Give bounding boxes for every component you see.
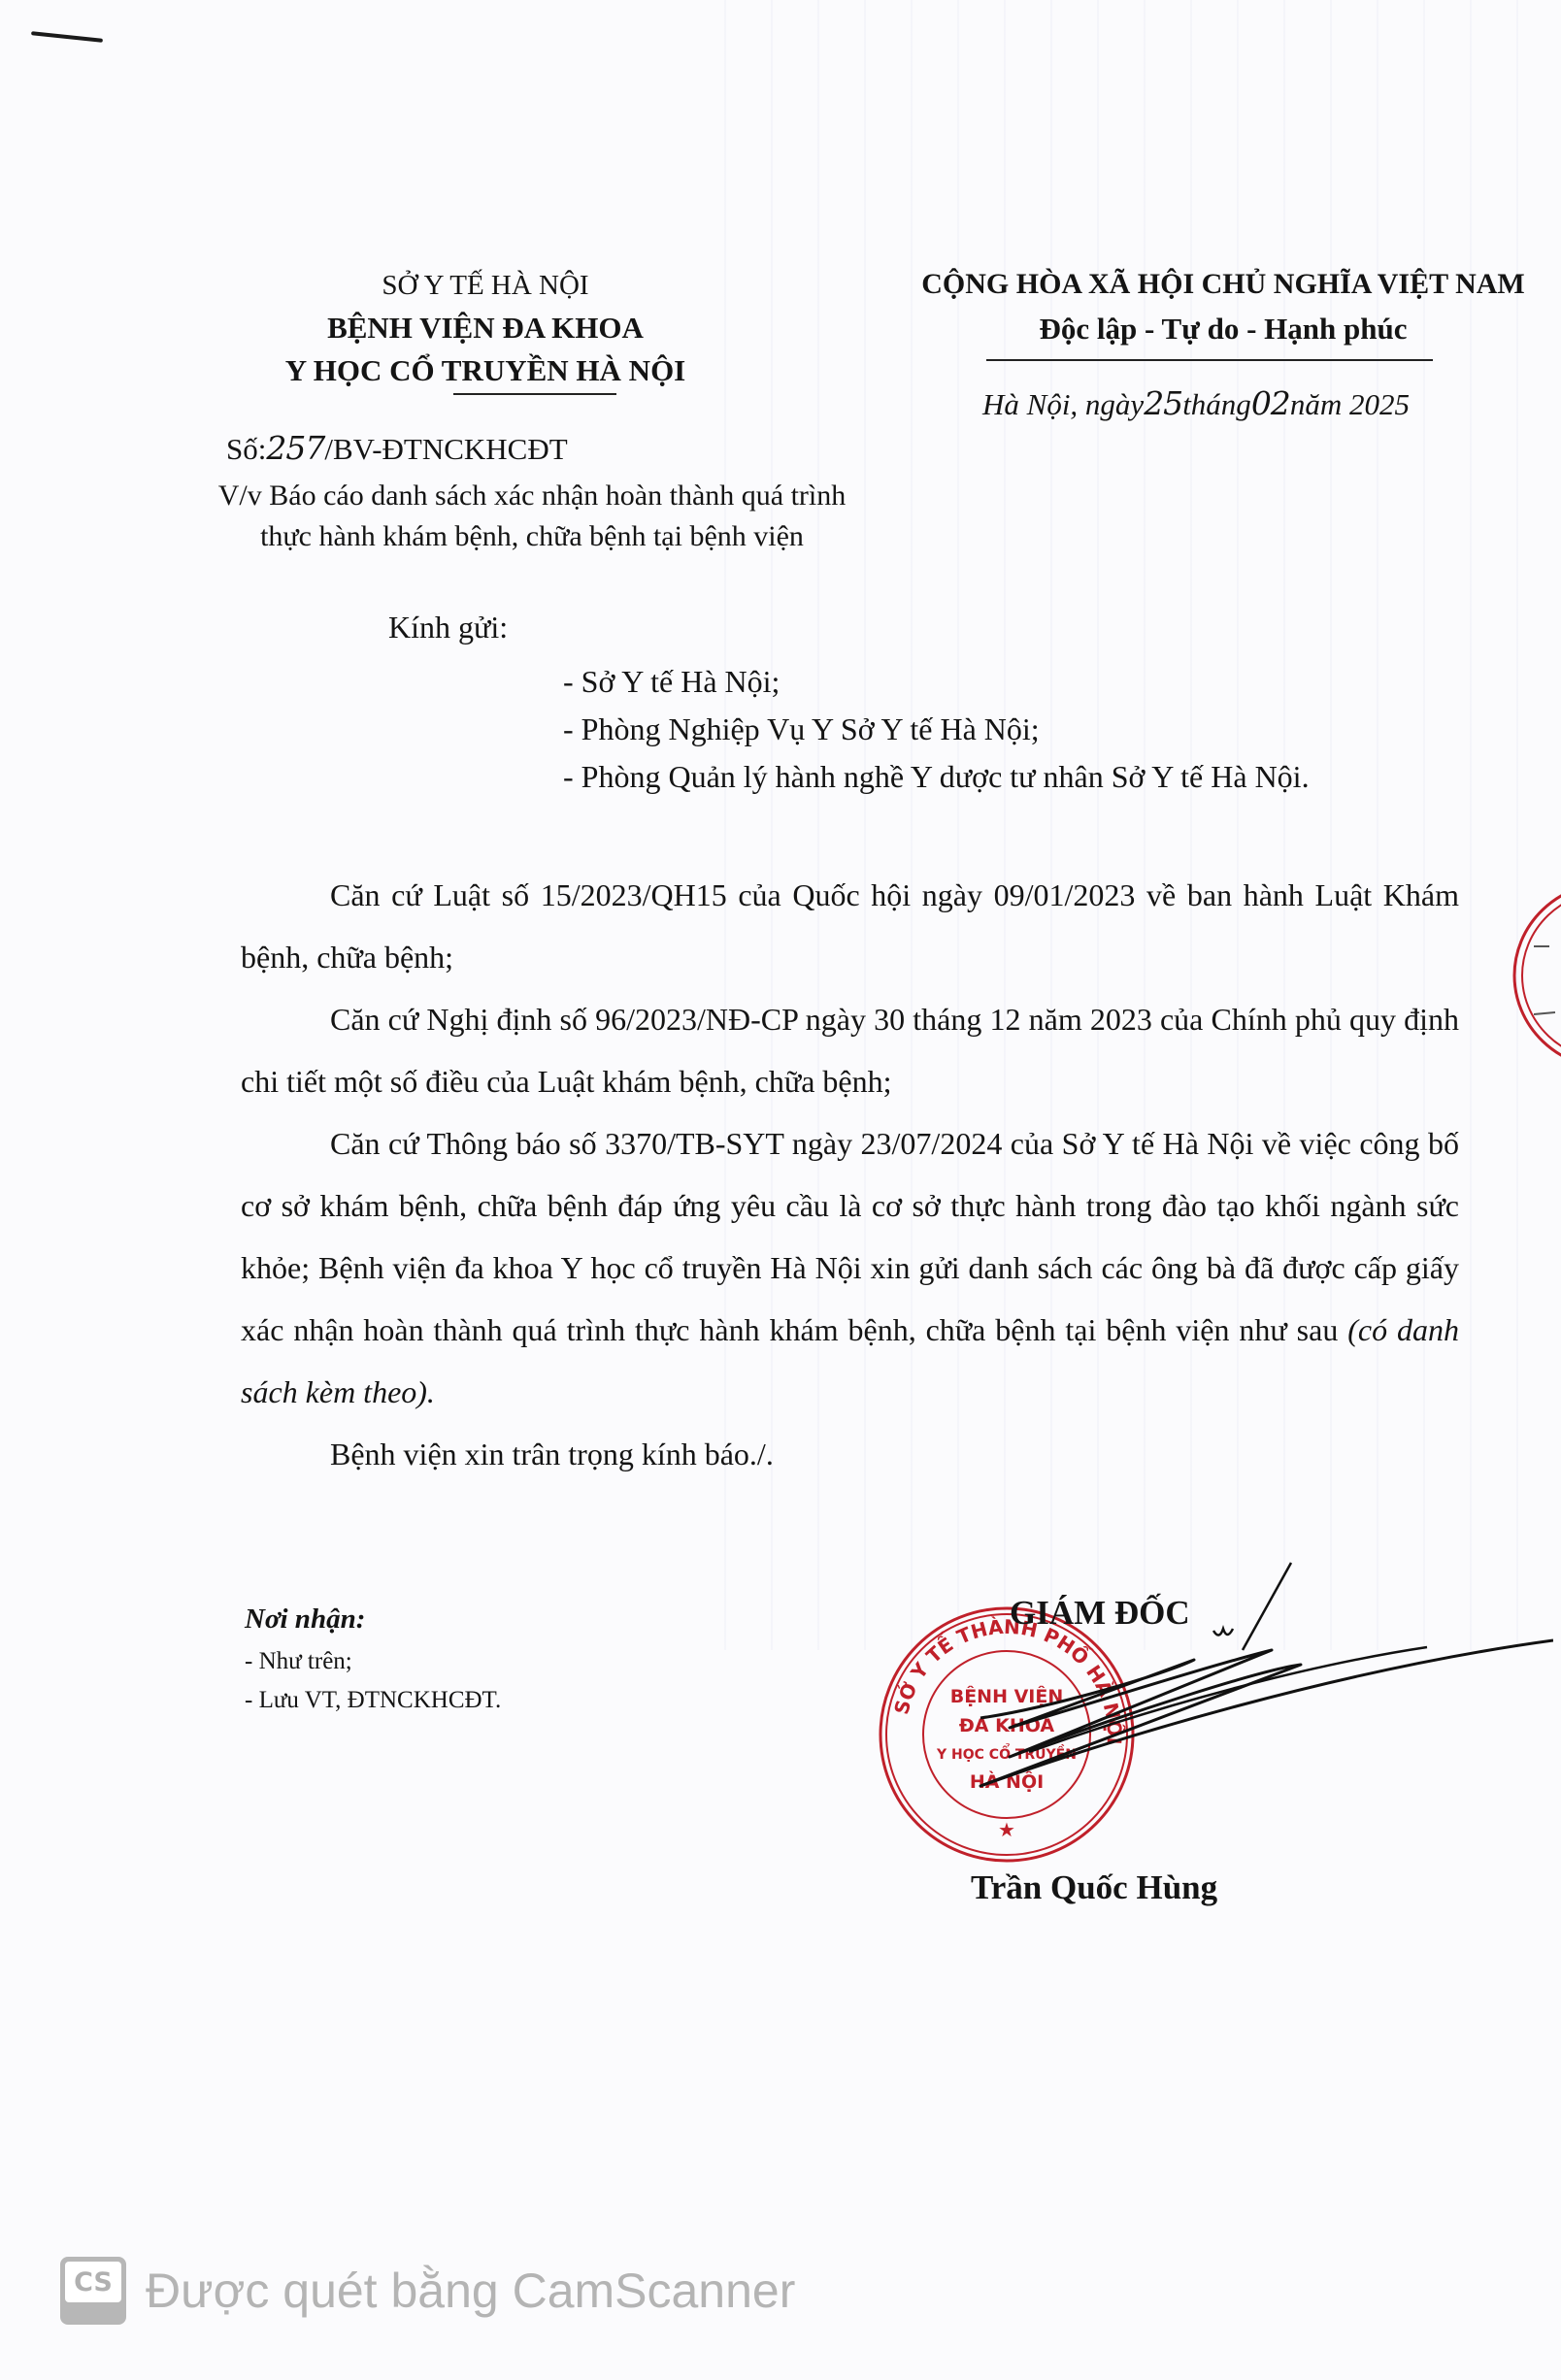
date-month: 02 (1251, 384, 1290, 422)
hospital-name-line1: BỆNH VIỆN ĐA KHOA (243, 307, 728, 349)
addressee-label: Kính gửi: (388, 610, 508, 645)
distribution-item: - Lưu VT, ĐTNCKHCĐT. (245, 1681, 501, 1720)
handwritten-signature-icon (971, 1558, 1553, 1830)
issuing-organization: SỞ Y TẾ HÀ NỘI BỆNH VIỆN ĐA KHOA Y HỌC C… (243, 264, 728, 392)
addressee-item: - Sở Y tế Hà Nội; (563, 658, 1310, 706)
document-subject: V/v Báo cáo danh sách xác nhận hoàn thàn… (192, 476, 872, 557)
distribution-list: - Như trên; - Lưu VT, ĐTNCKHCĐT. (245, 1642, 501, 1720)
pen-mark (31, 31, 103, 43)
hospital-name-line2: Y HỌC CỔ TRUYỀN HÀ NỘI (243, 349, 728, 392)
addressee-list: - Sở Y tế Hà Nội; - Phòng Nghiệp Vụ Y Sở… (563, 658, 1310, 801)
scanner-watermark: CS Được quét bằng CamScanner (60, 2257, 795, 2325)
body-paragraph-1: Căn cứ Luật số 15/2023/QH15 của Quốc hội… (241, 864, 1459, 988)
addressee-item: - Phòng Quản lý hành nghề Y dược tư nhân… (563, 753, 1310, 801)
body-paragraph-3: Căn cứ Thông báo số 3370/TB-SYT ngày 23/… (241, 1112, 1459, 1423)
closing-sentence: Bệnh viện xin trân trọng kính báo./. (241, 1423, 1459, 1485)
header-underline-left (453, 393, 616, 395)
issue-date: Hà Nội, ngày25tháng02năm 2025 (982, 384, 1410, 422)
distribution-item: - Như trên; (245, 1642, 501, 1681)
signer-name: Trần Quốc Hùng (971, 1868, 1217, 1907)
nation-name: CỘNG HÒA XÃ HỘI CHỦ NGHĨA VIỆT NAM (874, 262, 1561, 307)
header-underline-right (986, 359, 1433, 361)
partial-seal-icon (1505, 878, 1561, 1073)
date-day: 25 (1144, 384, 1182, 422)
document-number: Số:257/BV-ĐTNCKHCĐT (226, 429, 568, 467)
document-number-handwritten: 257 (266, 429, 324, 467)
distribution-label: Nơi nhận: (245, 1603, 365, 1636)
watermark-text: Được quét bằng CamScanner (146, 2263, 795, 2319)
body-paragraph-2: Căn cứ Nghị định số 96/2023/NĐ-CP ngày 3… (241, 988, 1459, 1112)
addressee-item: - Phòng Nghiệp Vụ Y Sở Y tế Hà Nội; (563, 706, 1310, 753)
national-motto: Độc lập - Tự do - Hạnh phúc (874, 307, 1561, 351)
document-body: Căn cứ Luật số 15/2023/QH15 của Quốc hội… (241, 864, 1459, 1485)
camscanner-logo-icon: CS (60, 2257, 126, 2325)
national-header: CỘNG HÒA XÃ HỘI CHỦ NGHĨA VIỆT NAM Độc l… (874, 262, 1561, 351)
department-name: SỞ Y TẾ HÀ NỘI (243, 264, 728, 307)
